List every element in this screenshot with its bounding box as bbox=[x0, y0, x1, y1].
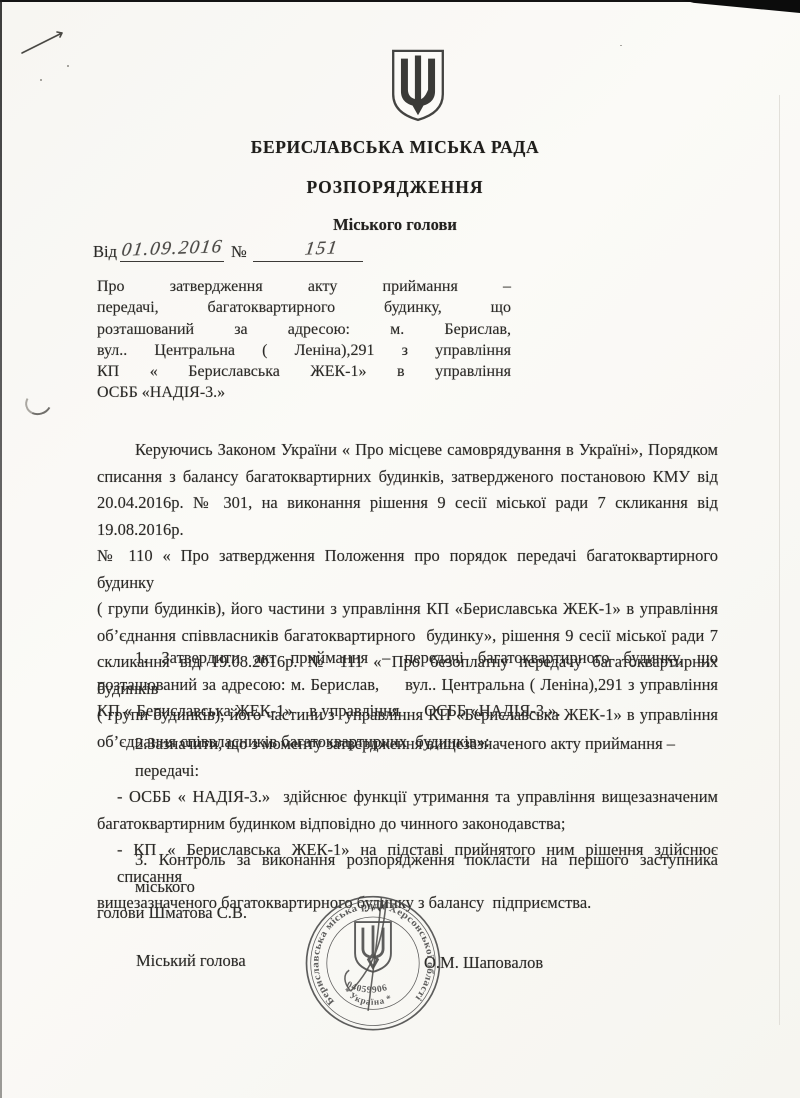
text-line: КП « Бериславська ЖЕК-1» в управління ОС… bbox=[97, 698, 718, 725]
text-line: передачі, багатоквартирного будинку, що bbox=[97, 297, 511, 318]
text-line: Керуючись Законом України « Про місцеве … bbox=[97, 437, 718, 464]
text-line: розташований за адресою: м. Берислав, ву… bbox=[97, 672, 718, 699]
scan-speck bbox=[620, 45, 622, 46]
scan-edge-top bbox=[0, 0, 800, 2]
scan-edge-left bbox=[0, 0, 2, 1098]
text-line: КП « Бериславська ЖЕК-1» в управління bbox=[97, 361, 511, 382]
date-label: Від bbox=[93, 242, 117, 262]
text-line: 1. Затвердити акт приймання – передачі б… bbox=[97, 645, 718, 672]
text-line: розташований за адресою: м. Берислав, bbox=[97, 319, 511, 340]
text-line: багатоквартирним будинком відповідно до … bbox=[97, 811, 718, 838]
document-type-heading: РОЗПОРЯДЖЕННЯ bbox=[0, 177, 790, 198]
ukraine-trident-emblem-icon bbox=[387, 47, 449, 123]
date-number-row: Від01.09.2016№151 bbox=[93, 242, 363, 262]
text-line: ( групи будинків), його частини з управл… bbox=[97, 596, 718, 623]
stamp-trident-icon bbox=[355, 922, 391, 972]
date-blank-line: 01.09.2016 bbox=[120, 244, 224, 262]
number-blank-line: 151 bbox=[253, 244, 363, 262]
document-issuer-heading: Міського голови bbox=[0, 215, 790, 235]
text-line: Про затвердження акту приймання – bbox=[97, 276, 511, 297]
order-item-1: 1. Затвердити акт приймання – передачі б… bbox=[97, 645, 718, 725]
text-line: № 110 « Про затвердження Положення про п… bbox=[97, 543, 718, 596]
scan-corner-shadow bbox=[682, 0, 800, 13]
subject-paragraph: Про затвердження акту приймання – переда… bbox=[97, 276, 511, 404]
scan-speck bbox=[40, 79, 42, 81]
round-seal-stamp: Бериславська міська рада Херсонської обл… bbox=[303, 893, 443, 1039]
pen-stroke-mark-icon bbox=[14, 24, 84, 69]
signature-title: Міський голова bbox=[136, 951, 246, 971]
text-line: 2.Зазначити, що з моменту затвердження в… bbox=[97, 731, 718, 784]
text-line: ОСББ «НАДІЯ-3.» bbox=[97, 382, 511, 403]
number-label: № bbox=[231, 242, 247, 262]
scanned-document-page: БЕРИСЛАВСЬКА МІСЬКА РАДА РОЗПОРЯДЖЕННЯ М… bbox=[0, 0, 800, 1098]
text-line: вул.. Центральна ( Леніна),291 з управлі… bbox=[97, 340, 511, 361]
hole-punch-shadow-icon bbox=[22, 387, 55, 418]
handwritten-date: 01.09.2016 bbox=[120, 236, 224, 261]
text-line: 20.04.2016р. № 301, на виконання рішення… bbox=[97, 490, 718, 543]
handwritten-number: 151 bbox=[303, 237, 339, 260]
council-name-heading: БЕРИСЛАВСЬКА МІСЬКА РАДА bbox=[0, 137, 790, 158]
text-line: списання з балансу багатоквартирних буди… bbox=[97, 464, 718, 491]
text-line: - ОСББ « НАДІЯ-3.» здійснює функції утри… bbox=[97, 784, 718, 811]
